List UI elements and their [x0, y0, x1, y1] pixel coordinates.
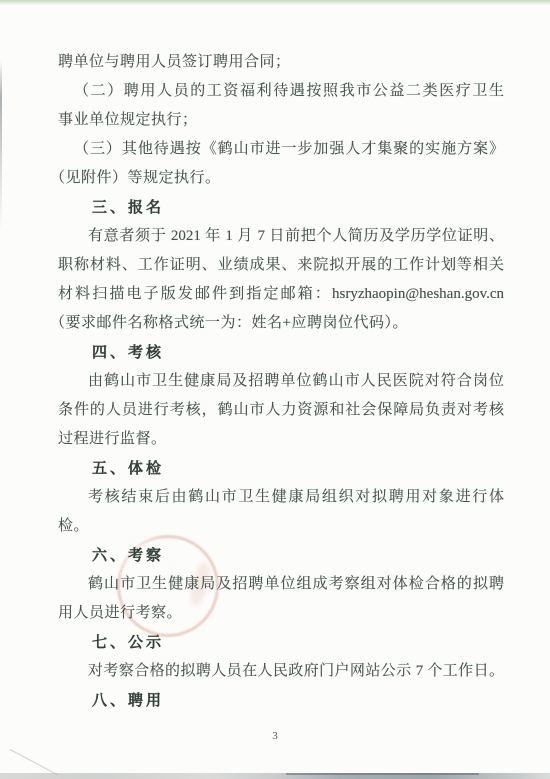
- document-body-text: 聘单位与聘用人员签订聘用合同；（二）聘用人员的工资福利待遇按照我市公益二类医疗卫…: [58, 48, 504, 715]
- scan-bottom-edge: [0, 773, 550, 779]
- section-heading: 四、考核: [58, 338, 504, 367]
- section-heading: 五、体检: [58, 454, 504, 483]
- section-heading: 六、考察: [58, 541, 504, 570]
- scan-left-edge: [0, 60, 2, 230]
- text-line: （见附件）等规定执行。: [50, 164, 504, 193]
- text-line: （三）其他待遇按《鹤山市进一步加强人才集聚的实施方案》: [58, 135, 504, 164]
- scan-top-edge: [0, 0, 550, 5]
- page-number: 3: [0, 727, 550, 745]
- page-corner-crease: [10, 749, 58, 775]
- text-line: 考核结束后由鹤山市卫生健康局组织对拟聘用对象进行体: [58, 483, 504, 512]
- text-line: （二）聘用人员的工资福利待遇按照我市公益二类医疗卫生: [58, 77, 504, 106]
- text-line: 材料扫描电子版发邮件到指定邮箱：hsryzhaopin@heshan.gov.c…: [58, 280, 504, 309]
- text-line: 有意者须于 2021 年 1 月 7 日前把个人简历及学历学位证明、: [58, 222, 504, 251]
- section-heading: 三、报名: [58, 193, 504, 222]
- text-line: 事业单位规定执行；: [58, 106, 504, 135]
- document-page: 聘单位与聘用人员签订聘用合同；（二）聘用人员的工资福利待遇按照我市公益二类医疗卫…: [0, 0, 550, 779]
- text-line: 用人员进行考察。: [58, 599, 504, 628]
- text-line: 由鹤山市卫生健康局及招聘单位鹤山市人民医院对符合岗位: [58, 367, 504, 396]
- text-line: 鹤山市卫生健康局及招聘单位组成考察组对体检合格的拟聘: [58, 570, 504, 599]
- text-line: 检。: [58, 512, 504, 541]
- text-line: 职称材料、工作证明、业绩成果、来院拟开展的工作计划等相关: [58, 251, 504, 280]
- text-line: 条件的人员进行考核，鹤山市人力资源和社会保障局负责对考核: [58, 396, 504, 425]
- text-line: （要求邮件名称格式统一为：姓名+应聘岗位代码）。: [50, 309, 504, 338]
- text-line: 对考察合格的拟聘人员在人民政府门户网站公示 7 个工作日。: [58, 657, 504, 686]
- text-line: 聘单位与聘用人员签订聘用合同；: [58, 48, 504, 77]
- section-heading: 七、公示: [58, 628, 504, 657]
- section-heading: 八、聘用: [58, 686, 504, 715]
- text-line: 过程进行监督。: [58, 425, 504, 454]
